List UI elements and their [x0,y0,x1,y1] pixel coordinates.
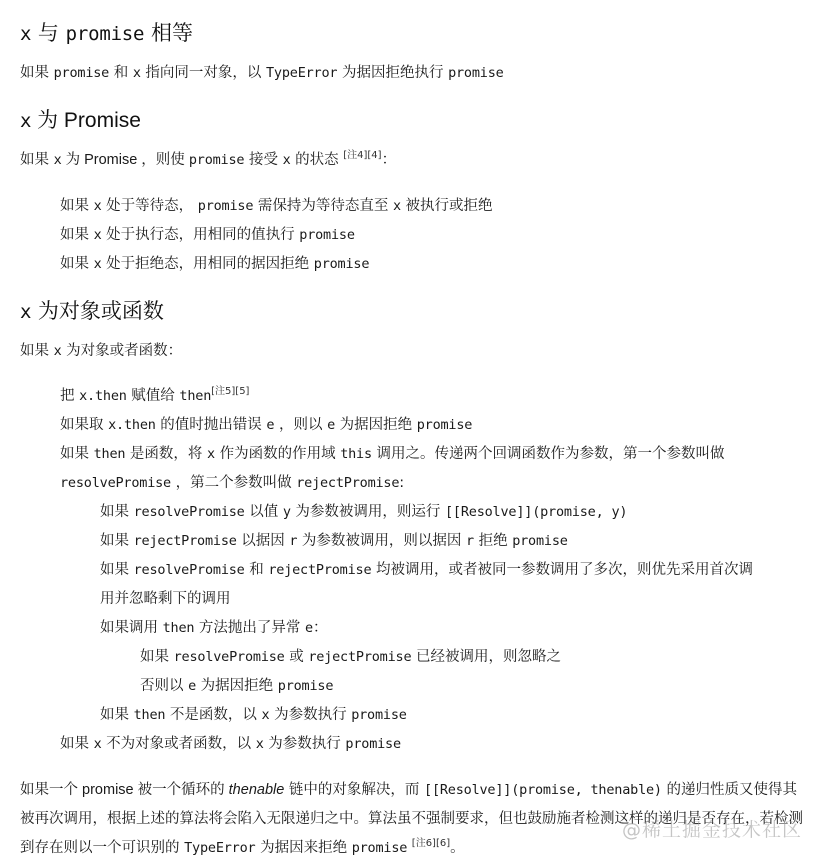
code: TypeError [184,840,255,856]
sub-item-both-called-cont: 用并忽略剩下的调用 [100,589,231,609]
text: 为据因拒绝 [196,678,278,694]
text: ，第二个参数叫做 [171,475,296,491]
code: e [305,620,313,636]
text: 处于执行态，用相同的值执行 [102,227,300,243]
code: promise [189,152,245,168]
section-heading-x-is-object-or-function: x 为对象或函数 [20,297,164,326]
sub-item-reject-called: 如果 rejectPromise 以据因 r 为参数被调用，则以据因 r 拒绝 … [100,531,568,551]
code: resolvePromise [134,504,245,520]
heading-code: promise [66,23,145,45]
list-item-assign-then: 把 x.then 赋值给 then[注5][5] [60,386,249,406]
text: 或 [285,649,309,665]
text: 如果 [100,504,134,520]
code: then [179,388,211,404]
text: 的值时抛出错误 [156,417,267,433]
code: promise [314,256,370,272]
code: promise [417,417,473,433]
paragraph-adopt-state: 如果 x 为 Promise ，则使 promise 接受 x 的状态 [注4]… [20,150,396,170]
heading-text: 与 [31,21,65,45]
text: 指向同一对象，以 [141,65,266,81]
code: then [163,620,195,636]
text: 如果 [60,446,94,462]
text: 接受 [244,152,282,168]
code: x [54,343,62,359]
text: ： [313,620,328,636]
code: x [94,736,102,752]
text: 如果 [60,736,94,752]
code: e [327,417,335,433]
text: 如果 [20,343,54,359]
emphasis-thenable: thenable [229,782,285,798]
text: 把 [60,388,79,404]
list-item-then-is-function-cont: resolvePromise ，第二个参数叫做 rejectPromise: [60,473,404,493]
text: 和 [245,562,269,578]
sub-sub-item-otherwise-reject: 否则以 e 为据因拒绝 promise [140,676,333,696]
sub-sub-item-already-called: 如果 resolvePromise 或 rejectPromise 已经被调用，… [140,647,561,667]
text: 如果取 [60,417,108,433]
code: promise [448,65,504,81]
footnote-ref-5[interactable]: [注5][5] [211,386,249,397]
text: 方法抛出了异常 [194,620,305,636]
text: 如果 [140,649,174,665]
paragraph-same-object: 如果 promise 和 x 指向同一对象，以 TypeError 为据因拒绝执… [20,63,504,83]
code: then [94,446,126,462]
code: x [283,152,291,168]
code: resolvePromise [134,562,245,578]
text: 如果一个 promise 被一个循环的 [20,782,229,798]
code: x [94,227,102,243]
code: promise [345,736,401,752]
code: x [207,446,215,462]
heading-text: 为对象或函数 [31,299,164,323]
code: x [133,65,141,81]
text: 作为函数的作用域 [215,446,340,462]
document-page: x 与 promise 相等 如果 promise 和 x 指向同一对象，以 T… [0,0,824,866]
text: 。 [450,840,465,856]
code: x.then [108,417,156,433]
code: x [94,256,102,272]
text: 为据因拒绝 [335,417,417,433]
code: promise [351,707,407,723]
text: 为对象或者函数： [62,343,183,359]
code: x [54,152,62,168]
text: ，则以 [274,417,327,433]
text: 的状态 [291,152,344,168]
text: 为据因拒绝执行 [337,65,448,81]
text: 用并忽略剩下的调用 [100,591,231,607]
text: 和 [109,65,133,81]
heading-var: x [20,110,31,132]
code: rejectPromise [134,533,237,549]
heading-var: x [20,301,31,323]
footnote-ref-4[interactable]: [注4][4] [343,150,381,161]
text: 如果 [60,227,94,243]
text: 不为对象或者函数，以 [102,736,256,752]
text: 以值 [245,504,283,520]
text: 不是函数，以 [165,707,261,723]
code: resolvePromise [60,475,171,491]
code: x [256,736,264,752]
heading-var: x [20,23,31,45]
text: 如果 [100,707,134,723]
text: 如果 [100,562,134,578]
text: 为参数被调用，则以据因 [297,533,466,549]
list-item-rejected: 如果 x 处于拒绝态，用相同的据因拒绝 promise [60,254,369,274]
text: 为据因来拒绝 [255,840,351,856]
code: [[Resolve]](promise, thenable) [424,782,662,798]
watermark: @稀土掘金技术社区 [622,815,802,842]
heading-text: 相等 [144,21,193,45]
code: resolvePromise [174,649,285,665]
text: 被执行或拒绝 [401,198,493,214]
section-heading-x-equals-promise: x 与 promise 相等 [20,19,193,48]
code: rejectPromise [296,475,399,491]
code: then [134,707,166,723]
text: 均被调用，或者被同一参数调用了多次，则优先采用首次调 [371,562,753,578]
text: 如果 [20,65,54,81]
text: 已经被调用，则忽略之 [411,649,561,665]
code: x [393,198,401,214]
list-item-fulfilled: 如果 x 处于执行态，用相同的值执行 promise [60,225,355,245]
text: ： [382,152,397,168]
list-item-not-object: 如果 x 不为对象或者函数，以 x 为参数执行 promise [60,734,401,754]
sub-item-then-not-function: 如果 then 不是函数，以 x 为参数执行 promise [100,705,407,725]
text: 为参数执行 [269,707,351,723]
code: rejectPromise [268,562,371,578]
code: [[Resolve]](promise, y) [445,504,627,520]
code: promise [299,227,355,243]
code: promise [352,840,408,856]
text: 如果 [60,198,94,214]
code: x [94,198,102,214]
text: 处于拒绝态，用相同的据因拒绝 [102,256,314,272]
section-heading-x-is-promise: x 为 Promise [20,106,141,135]
sub-item-both-called: 如果 resolvePromise 和 rejectPromise 均被调用，或… [100,560,753,580]
code: promise [278,678,334,694]
sub-item-then-throws-exception: 如果调用 then 方法抛出了异常 e： [100,618,327,638]
text: : [399,475,404,491]
code: x.then [79,388,127,404]
code: rejectPromise [308,649,411,665]
code: this [340,446,372,462]
sub-item-resolve-called: 如果 resolvePromise 以值 y 为参数被调用，则运行 [[Reso… [100,502,627,522]
text: 如果 [20,152,54,168]
text: 调用之。传递两个回调函数作为参数，第一个参数叫做 [372,446,725,462]
text: 拒绝 [474,533,512,549]
heading-text: 为 Promise [31,109,141,132]
text: 链中的对象解决，而 [284,782,424,798]
text: 赋值给 [127,388,180,404]
list-item-then-throws: 如果取 x.then 的值时抛出错误 e ，则以 e 为据因拒绝 promise [60,415,472,435]
text: 是函数，将 [125,446,207,462]
code: TypeError [266,65,337,81]
paragraph-object-or-function: 如果 x 为对象或者函数： [20,341,182,361]
text: 以据因 [237,533,290,549]
text: 处于等待态， [102,198,198,214]
list-item-then-is-function: 如果 then 是函数，将 x 作为函数的作用域 this 调用之。传递两个回调… [60,444,725,464]
text: 否则以 [140,678,188,694]
code: r [466,533,474,549]
text: 为参数被调用，则运行 [291,504,445,520]
list-item-pending: 如果 x 处于等待态， promise 需保持为等待态直至 x 被执行或拒绝 [60,196,493,216]
text: 为 Promise ，则使 [62,152,189,168]
text: 为参数执行 [264,736,346,752]
footnote-ref-6[interactable]: [注6][6] [412,838,450,849]
text: 如果 [100,533,134,549]
text: 需保持为等待态直至 [253,198,393,214]
code: promise [54,65,110,81]
code: promise [512,533,568,549]
text: 如果调用 [100,620,163,636]
code: y [283,504,291,520]
text: 如果 [60,256,94,272]
code: e [188,678,196,694]
code: promise [198,198,254,214]
